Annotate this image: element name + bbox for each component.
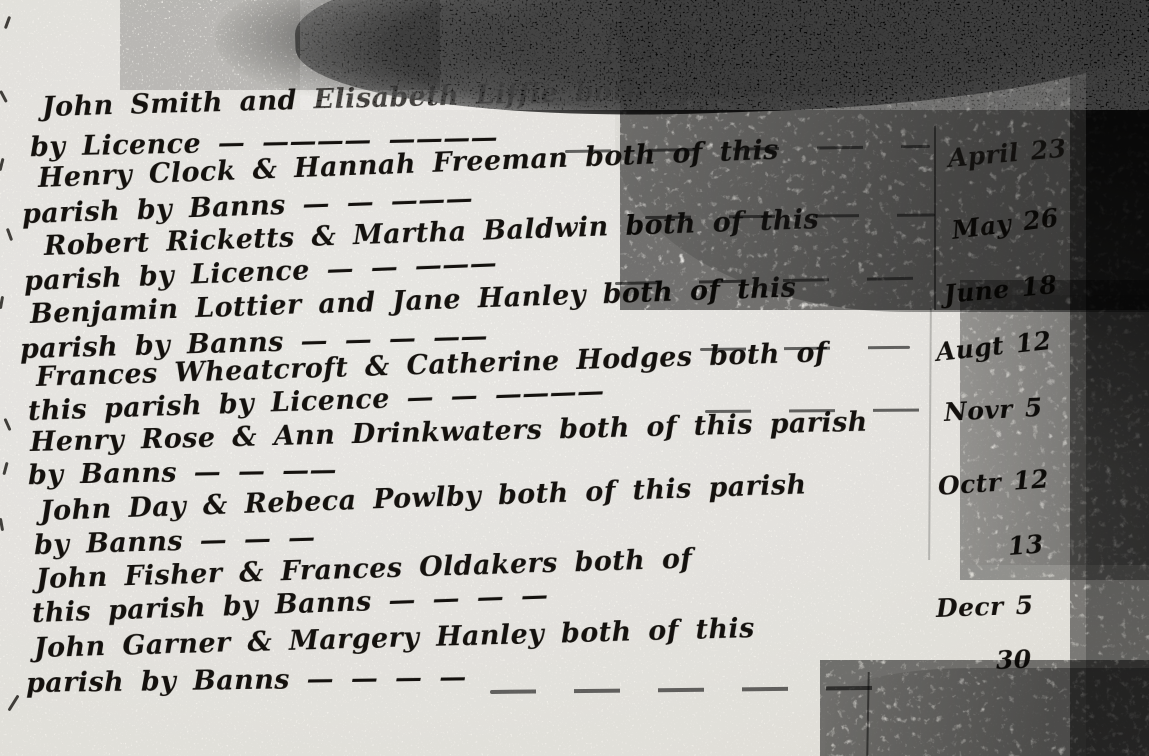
margin-tick xyxy=(4,16,11,29)
page-edge-dark-band xyxy=(1086,0,1149,756)
entry-9-continuation-line: parish by Banns — — — — xyxy=(26,662,467,699)
margin-tick xyxy=(0,296,4,309)
entry-8-date: Decr 5 xyxy=(935,591,1033,623)
entry-7-continuation-line: by Banns — — — xyxy=(34,522,316,561)
entry-6-continuation-line: by Banns — — —— xyxy=(28,455,337,491)
entry-5-date: Novr 5 xyxy=(943,393,1043,427)
margin-tick xyxy=(7,695,19,712)
date-column-rule-faint xyxy=(928,308,932,560)
entry-7-date: 13 xyxy=(1007,530,1045,561)
margin-tick xyxy=(6,228,13,241)
register-page: Marriages John Smith and Elisabeth Liffi… xyxy=(0,0,1149,756)
margin-tick xyxy=(0,90,8,103)
entry-9-date: 30 xyxy=(995,645,1032,675)
margin-tick xyxy=(0,518,4,531)
margin-tick xyxy=(2,462,8,475)
date-column-rule xyxy=(934,126,936,310)
margin-tick xyxy=(3,418,11,431)
margin-tick xyxy=(0,158,5,171)
dash-rule-line xyxy=(490,686,880,694)
